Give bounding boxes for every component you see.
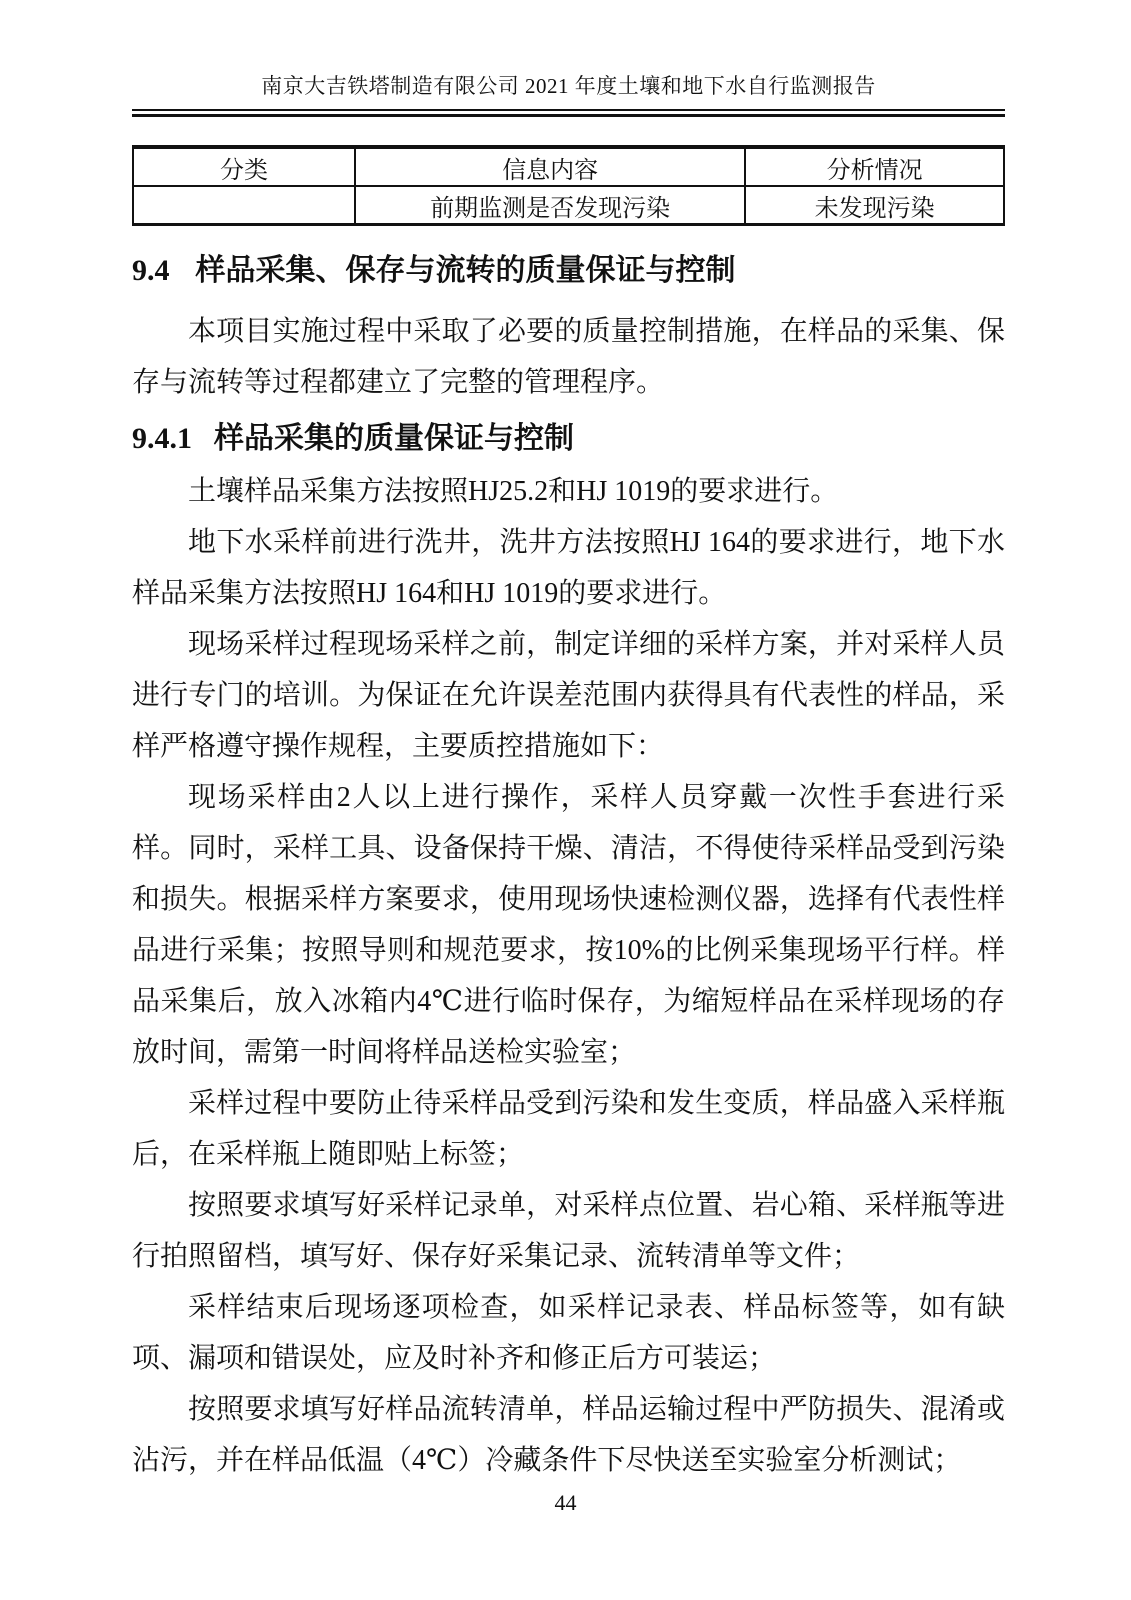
paragraph: 采样结束后现场逐项检查，如采样记录表、样品标签等，如有缺项、漏项和错误处，应及时… (132, 1282, 1005, 1384)
table-header-cell-info: 信息内容 (355, 147, 745, 186)
paragraph: 按照要求填写好采样记录单，对采样点位置、岩心箱、采样瓶等进行拍照留档，填写好、保… (132, 1180, 1005, 1282)
info-table: 分类 信息内容 分析情况 前期监测是否发现污染 未发现污染 (132, 145, 1005, 226)
table-cell-analysis: 未发现污染 (745, 186, 1004, 225)
page-number: 44 (0, 1490, 1131, 1516)
paragraph: 现场采样由2人以上进行操作，采样人员穿戴一次性手套进行采样。同时，采样工具、设备… (132, 772, 1005, 1078)
section-94-title: 样品采集、保存与流转的质量保证与控制 (196, 254, 736, 287)
document-page: 南京大吉铁塔制造有限公司 2021 年度土壤和地下水自行监测报告 分类 信息内容… (0, 0, 1131, 1600)
table-header-row: 分类 信息内容 分析情况 (133, 147, 1004, 186)
table-header-cell-category: 分类 (133, 147, 355, 186)
header-double-rule (132, 109, 1005, 117)
paragraph: 现场采样过程现场采样之前，制定详细的采样方案，并对采样人员进行专门的培训。为保证… (132, 619, 1005, 772)
section-941-title: 样品采集的质量保证与控制 (214, 422, 574, 455)
table-cell-info: 前期监测是否发现污染 (355, 186, 745, 225)
paragraph: 按照要求填写好样品流转清单，样品运输过程中严防损失、混淆或沾污，并在样品低温（4… (132, 1384, 1005, 1486)
table-row: 前期监测是否发现污染 未发现污染 (133, 186, 1004, 225)
page-content: 南京大吉铁塔制造有限公司 2021 年度土壤和地下水自行监测报告 分类 信息内容… (132, 0, 1005, 1486)
section-941-heading: 9.4.1样品采集的质量保证与控制 (132, 416, 1005, 462)
paragraph: 采样过程中要防止待采样品受到污染和发生变质，样品盛入采样瓶后，在采样瓶上随即贴上… (132, 1078, 1005, 1180)
table-cell-category (133, 186, 355, 225)
page-header-title: 南京大吉铁塔制造有限公司 2021 年度土壤和地下水自行监测报告 (132, 0, 1005, 100)
paragraph: 地下水采样前进行洗井，洗井方法按照HJ 164的要求进行，地下水样品采集方法按照… (132, 517, 1005, 619)
section-94-number: 9.4 (132, 248, 170, 294)
paragraph: 本项目实施过程中采取了必要的质量控制措施，在样品的采集、保存与流转等过程都建立了… (132, 306, 1005, 408)
section-941-number: 9.4.1 (132, 416, 192, 462)
paragraph: 土壤样品采集方法按照HJ25.2和HJ 1019的要求进行。 (132, 466, 1005, 517)
table-header-cell-analysis: 分析情况 (745, 147, 1004, 186)
section-94-heading: 9.4样品采集、保存与流转的质量保证与控制 (132, 248, 1005, 294)
